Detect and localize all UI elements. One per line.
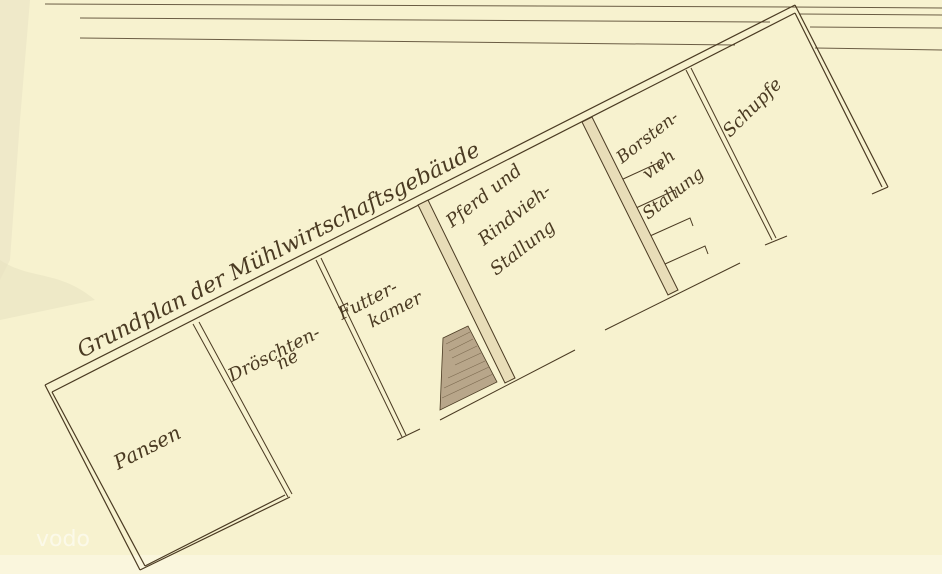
watermark: vodo bbox=[36, 527, 90, 552]
floor-plan-drawing: Grundplan der Mühlwirtschaftsgebäude Pan… bbox=[0, 0, 942, 574]
